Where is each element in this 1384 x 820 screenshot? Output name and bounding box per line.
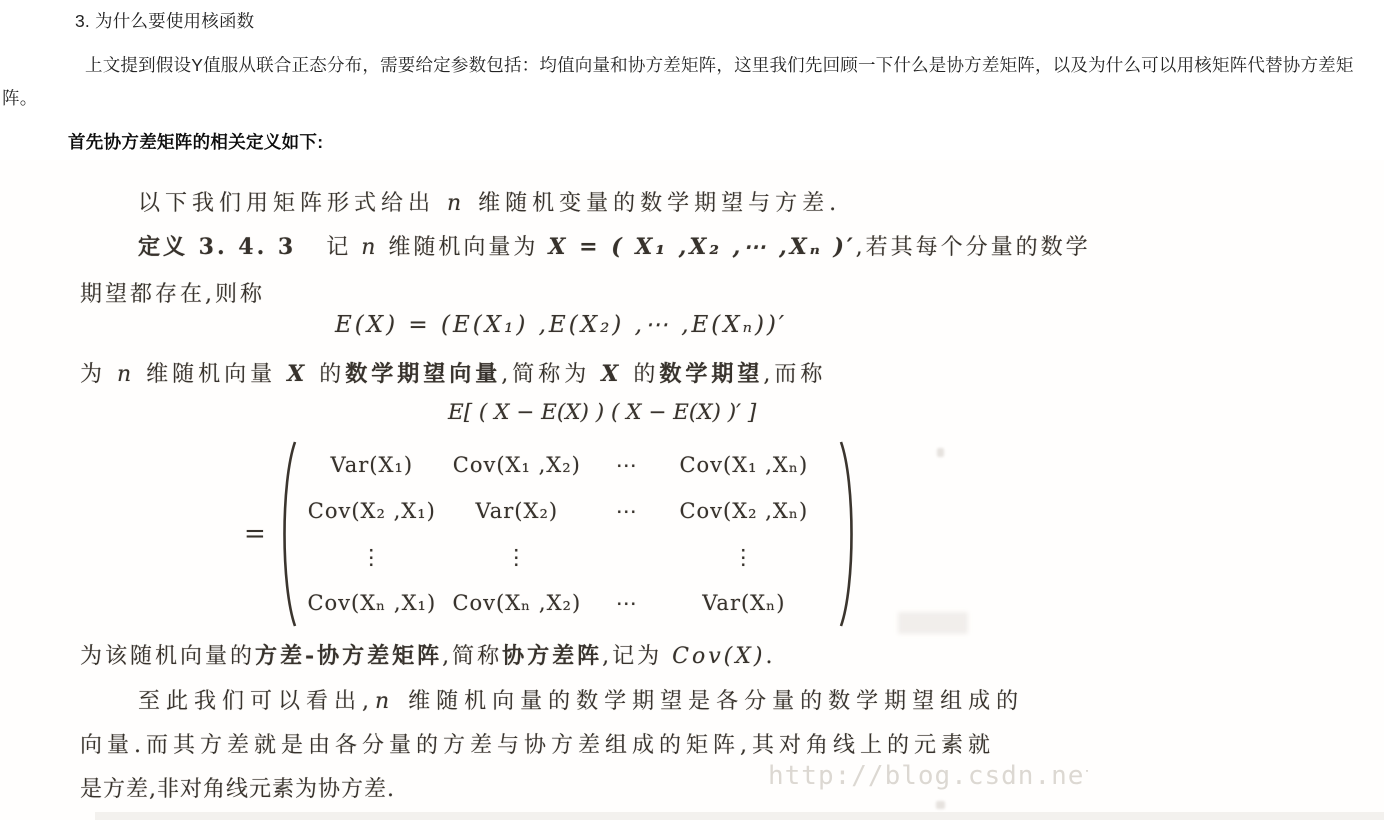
matrix-cell: ⋮ [733,545,755,569]
csdn-watermark: http://blog.csdn.net/wjl [768,761,1088,791]
matrix-cell: Var(X₁) [331,453,414,477]
text-segment: Cov(X) [672,644,765,669]
matrix-cell: Var(X₂) [476,499,559,523]
matrix-cell: Cov(X₂ ,X₁) [308,499,436,523]
matrix-cell: Cov(X₂ ,Xₙ) [679,499,808,523]
scan-line-definition: 定义 3. 4. 3 记 n 维随机向量为 X = ( X₁ ,X₂ ,⋯ ,X… [138,230,1091,261]
text-segment: ,记为 [602,644,672,669]
textbook-scan-image: 以下我们用矩阵形式给出 n 维随机变量的数学期望与方差. 定义 3. 4. 3 … [0,160,1384,820]
text-segment: X [601,361,622,387]
section-heading: 3. 为什么要使用核函数 [75,8,254,33]
text-segment: 协方差阵 [502,643,602,669]
matrix-cells: Var(X₁)Cov(X₁ ,X₂)⋯Cov(X₁ ,Xₙ)Cov(X₂ ,X₁… [298,442,838,626]
matrix-cell: ⋮ [506,545,528,569]
text-segment: 维随机向量为 [378,235,548,260]
text-segment: 维随机向量 [135,362,287,387]
matrix-cell: ⋯ [616,453,638,477]
matrix-cell: Cov(Xₙ ,X₁) [307,591,436,615]
matrix-cell: Var(Xₙ) [702,591,785,615]
text-segment: X [287,361,308,387]
matrix-cell: Cov(X₁ ,Xₙ) [679,453,808,477]
text-segment: 定义 3. 4. 3 [138,234,296,260]
text-segment: X = ( X₁ ,X₂ ,⋯ ,Xₙ )′ [548,234,855,260]
intro-paragraph: 上文提到假设Y值服从联合正态分布，需要给定参数包括：均值向量和协方差矩阵，这里我… [2,49,1382,115]
text-segment: ,而称 [763,362,826,387]
text-segment: . [766,644,776,669]
matrix-cell: ⋮ [361,545,383,569]
text-segment: ,若其每个分量的数学 [856,235,1091,260]
scan-line-summary-3: 是方差,非对角线元素为协方差. [80,772,395,803]
text-segment: 至此我们可以看出, [138,689,375,714]
matrix-left-parenthesis [276,438,298,630]
text-segment: 的 [622,362,659,387]
text-segment: 的 [308,362,345,387]
text-segment: ,简称为 [501,362,601,387]
scan-line-naming: 为 n 维随机向量 X 的数学期望向量,简称为 X 的数学期望,而称 [80,357,826,388]
scan-line-summary-2: 向量.而其方差就是由各分量的方差与协方差组成的矩阵,其对角线上的元素就 [80,728,995,759]
covariance-expression: E[ ( X − E(X) ) ( X − E(X) )′ ] [448,400,756,425]
text-segment: n [361,235,378,260]
scan-artifact [898,612,968,634]
text-segment: 为 [80,362,117,387]
matrix-cell: ⋯ [616,499,638,523]
text-segment: 为该随机向量的 [80,644,255,669]
expectation-formula: E(X) = (E(X₁) ,E(X₂) ,⋯ ,E(Xₙ))′ [335,312,787,338]
text-segment: n [117,362,135,387]
text-segment: 数学期望 [659,361,763,387]
matrix-right-parenthesis [838,438,860,630]
matrix-equals-sign: = [244,519,266,549]
matrix-cell: ⋯ [616,591,638,615]
text-segment: 方差-协方差矩阵 [255,643,442,669]
scan-line-intro: 以下我们用矩阵形式给出 n 维随机变量的数学期望与方差. [138,186,841,217]
text-segment: n [447,191,466,216]
matrix-cell: Cov(Xₙ ,X₂) [452,591,581,615]
page-root: { "article": { "section_heading": "3. 为什… [0,0,1384,820]
text-segment: 以下我们用矩阵形式给出 [138,191,447,216]
text-segment: 记 [296,235,361,260]
scan-bottom-edge [95,812,1384,820]
scan-artifact [937,448,944,457]
emphasis-line: 首先协方差矩阵的相关定义如下: [68,129,323,154]
text-segment: 维随机向量的数学期望是各分量的数学期望组成的 [395,689,1024,714]
scan-line-cov-name: 为该随机向量的方差-协方差矩阵,简称协方差阵,记为 Cov(X). [80,639,776,670]
text-segment: 数学期望向量 [345,361,501,387]
matrix-cell: Cov(X₁ ,X₂) [453,453,581,477]
covariance-matrix: = Var(X₁)Cov(X₁ ,X₂)⋯Cov(X₁ ,Xₙ)Cov(X₂ ,… [244,438,860,630]
text-segment: 维随机变量的数学期望与方差. [466,191,841,216]
scan-artifact [936,801,945,809]
text-segment: ,简称 [442,644,502,669]
scan-line-summary-1: 至此我们可以看出,n 维随机向量的数学期望是各分量的数学期望组成的 [138,684,1024,715]
scan-line-continuation: 期望都存在,则称 [80,277,265,308]
text-segment: n [375,689,395,714]
